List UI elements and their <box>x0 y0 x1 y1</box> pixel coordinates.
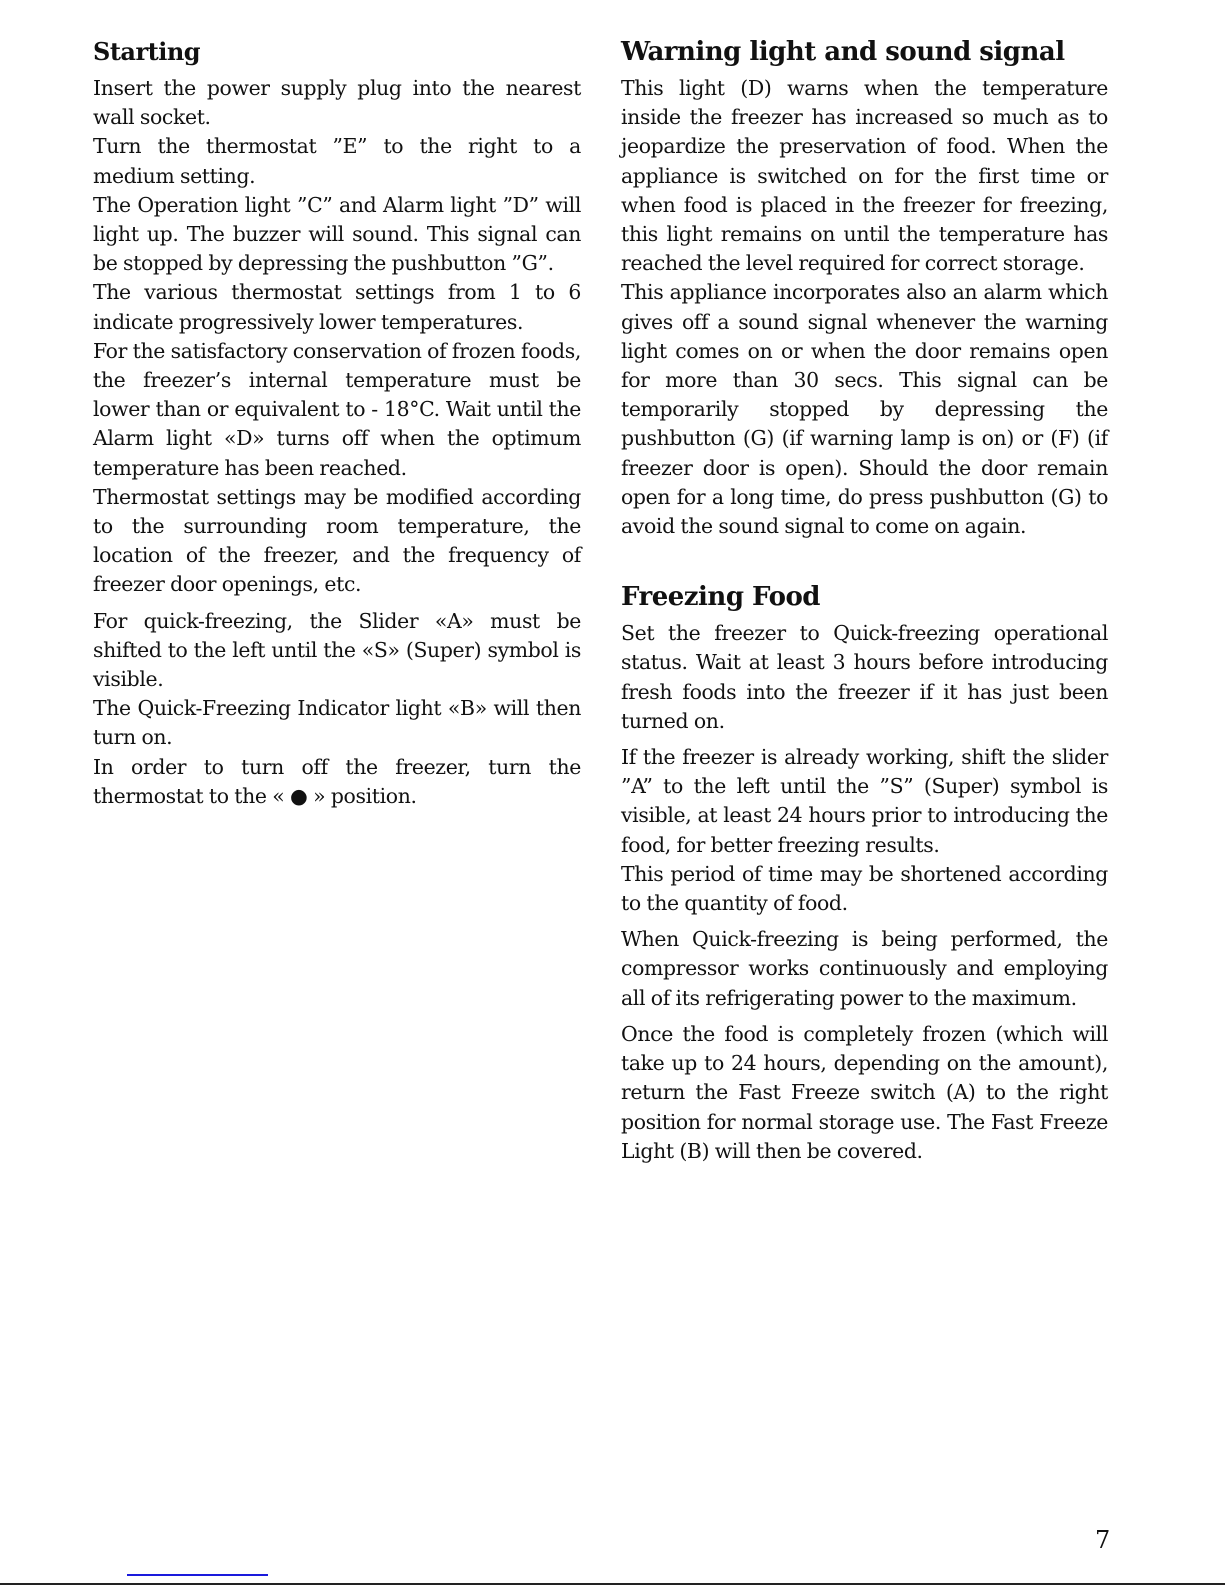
section-heading-warning-light: Warning light and sound signal <box>621 34 1108 70</box>
paragraph: This appliance incorporates also an alar… <box>621 278 1108 541</box>
section-warning-light: Warning light and sound signal This ligh… <box>621 34 1108 541</box>
section-spacer <box>621 541 1108 579</box>
paragraph: Once the food is completely frozen (whic… <box>621 1020 1108 1166</box>
paragraph: Thermostat settings may be modified acco… <box>93 483 581 600</box>
paragraph: This light (D) warns when the temperatur… <box>621 74 1108 278</box>
paragraph: The Operation light ”C” and Alarm light … <box>93 191 581 279</box>
paragraph: For the satisfactory conservation of fro… <box>93 337 581 483</box>
section-starting: Starting Insert the power supply plug in… <box>93 34 581 811</box>
paragraph: Turn the thermostat ”E” to the right to … <box>93 132 581 190</box>
right-column: Warning light and sound signal This ligh… <box>621 34 1108 1166</box>
paragraph: When Quick-freezing is being performed, … <box>621 925 1108 1013</box>
section-heading-freezing-food: Freezing Food <box>621 579 1108 615</box>
left-column: Starting Insert the power supply plug in… <box>93 34 581 811</box>
paragraph: The Quick-Freezing Indicator light «B» w… <box>93 694 581 752</box>
section-freezing-food: Freezing Food Set the freezer to Quick-f… <box>621 579 1108 1166</box>
paragraph: Set the freezer to Quick-freezing operat… <box>621 619 1108 736</box>
section-heading-starting: Starting <box>93 34 581 70</box>
paragraph: The various thermostat settings from 1 t… <box>93 278 581 336</box>
paragraph: If the freezer is already working, shift… <box>621 743 1108 860</box>
blue-rule-divider <box>127 1574 268 1576</box>
paragraph: This period of time may be shortened acc… <box>621 860 1108 918</box>
paragraph: Insert the power supply plug into the ne… <box>93 74 581 132</box>
paragraph: For quick-freezing, the Slider «A» must … <box>93 607 581 695</box>
paragraph: In order to turn off the freezer, turn t… <box>93 753 581 811</box>
page-number: 7 <box>1095 1527 1110 1553</box>
